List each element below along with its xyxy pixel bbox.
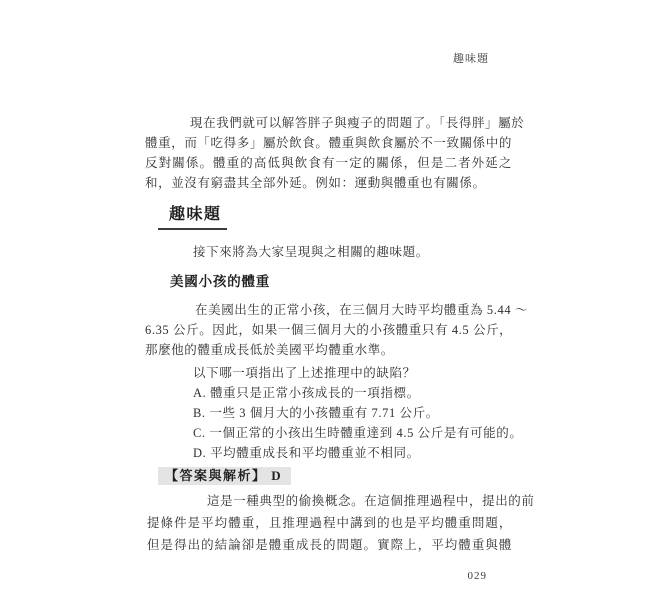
puzzle-title: 美國小孩的體重 bbox=[170, 274, 270, 289]
intro-line: 體重，而「吃得多」屬於飲食。體重與飲食屬於不一致關係中的 bbox=[145, 133, 512, 153]
answer-label-box: 【答案與解析】 D bbox=[158, 467, 291, 485]
option-d: D. 平均體重成長和平均體重並不相同。 bbox=[193, 443, 512, 463]
page-number: 029 bbox=[468, 570, 488, 582]
intro-line: 反對關係。體重的高低與飲食有一定的關係，但是二者外延之 bbox=[145, 153, 512, 173]
option-b: B. 一些 3 個月大的小孩體重有 7.71 公斤。 bbox=[193, 403, 512, 423]
puzzle-question: 以下哪一項指出了上述推理中的缺陷？ bbox=[145, 363, 512, 383]
puzzle-body-line: 那麼他的體重成長低於美國平均體重水準。 bbox=[145, 340, 512, 360]
answer-explanation-paragraph: 這是一種典型的偷換概念。在這個推理過程中，提出的前 提條件是平均體重，且推理過程… bbox=[147, 490, 512, 556]
intro-line: 和，並沒有窮盡其全部外延。例如：運動與體重也有關係。 bbox=[145, 173, 512, 193]
section-lead-line: 接下來將為大家呈現與之相關的趣味題。 bbox=[145, 242, 512, 262]
explanation-line: 提條件是平均體重，且推理過程中講到的也是平均體重問題， bbox=[147, 512, 512, 534]
option-a: A. 體重只是正常小孩成長的一項指標。 bbox=[193, 383, 512, 403]
explanation-line: 但是得出的結論卻是體重成長的問題。實際上，平均體重與體 bbox=[147, 534, 512, 556]
puzzle-body-paragraph: 在美國出生的正常小孩，在三個月大時平均體重為 5.44 ～ 6.35 公斤。因此… bbox=[145, 300, 512, 360]
section-lead-paragraph: 接下來將為大家呈現與之相關的趣味題。 bbox=[145, 242, 512, 262]
puzzle-question-line: 以下哪一項指出了上述推理中的缺陷？ bbox=[145, 363, 512, 383]
puzzle-body-line: 在美國出生的正常小孩，在三個月大時平均體重為 5.44 ～ bbox=[145, 300, 512, 320]
intro-line: 現在我們就可以解答胖子與瘦子的問題了。「長得胖」屬於 bbox=[145, 113, 512, 133]
running-header: 趣味題 bbox=[453, 50, 489, 66]
puzzle-body-line: 6.35 公斤。因此，如果一個三個月大的小孩體重只有 4.5 公斤， bbox=[145, 320, 512, 340]
section-heading: 趣味題 bbox=[158, 206, 227, 230]
intro-paragraph: 現在我們就可以解答胖子與瘦子的問題了。「長得胖」屬於 體重，而「吃得多」屬於飲食… bbox=[145, 113, 512, 193]
option-c: C. 一個正常的小孩出生時體重達到 4.5 公斤是有可能的。 bbox=[193, 423, 512, 443]
explanation-line: 這是一種典型的偷換概念。在這個推理過程中，提出的前 bbox=[147, 490, 512, 512]
options-list: A. 體重只是正常小孩成長的一項指標。 B. 一些 3 個月大的小孩體重有 7.… bbox=[145, 383, 512, 463]
book-page: 趣味題 現在我們就可以解答胖子與瘦子的問題了。「長得胖」屬於 體重，而「吃得多」… bbox=[0, 0, 655, 609]
